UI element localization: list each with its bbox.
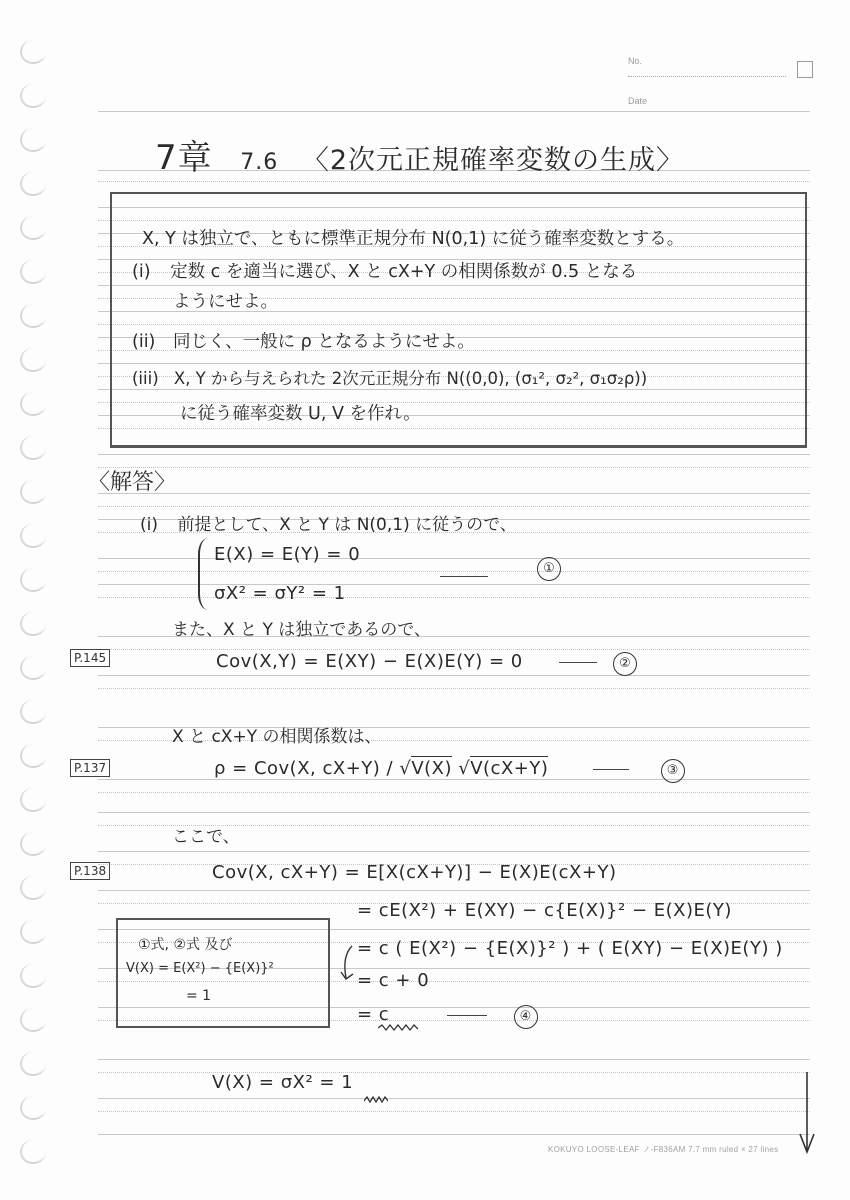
question-3-line-2: に従う確率変数 U, V を作れ。	[180, 400, 421, 425]
punch-hole	[20, 568, 46, 592]
reference-p137: P.137	[70, 759, 110, 777]
question-3-line-1: X, Y から与えられた 2次元正規分布 N((0,0), (σ₁², σ₂²,…	[174, 369, 647, 388]
section-number: 7.6	[240, 150, 278, 175]
question-1-line-2: ようにせよ。	[173, 288, 278, 313]
question-1-label: (i)	[132, 262, 151, 282]
note-line-1: ①式, ②式 及び	[138, 934, 232, 954]
punch-hole	[20, 788, 46, 812]
punch-hole	[20, 744, 46, 768]
binder-holes	[20, 30, 50, 1190]
chapter-number: 7章	[155, 138, 213, 178]
punch-hole	[20, 40, 46, 64]
punch-hole	[20, 920, 46, 944]
punch-hole	[20, 216, 46, 240]
equation-2-dash	[559, 662, 597, 663]
equation-4-dash	[447, 1015, 487, 1016]
premise-text: 前提として、X と Y は N(0,1) に従うので、	[177, 515, 516, 535]
punch-hole	[20, 128, 46, 152]
punch-hole	[20, 1140, 46, 1164]
sqrt-v-x: V(X)	[411, 756, 452, 779]
punch-hole	[20, 84, 46, 108]
question-2-label: (ii)	[132, 332, 155, 352]
no-checkbox	[797, 61, 813, 78]
punch-hole	[20, 1052, 46, 1076]
section-topic: 〈2次元正規確率変数の生成〉	[302, 145, 684, 176]
problem-intro: X, Y は独立で、ともに標準正規分布 N(0,1) に従う確率変数とする。	[142, 225, 684, 250]
punch-hole	[20, 612, 46, 636]
covariance-line-1: Cov(X, cX+Y) = E[X(cX+Y)] − E(X)E(cX+Y)	[212, 862, 616, 883]
note-line-2: V(X) = E(X²) − {E(X)}²	[126, 961, 274, 976]
question-3: (iii) X, Y から与えられた 2次元正規分布 N((0,0), (σ₁²…	[132, 365, 647, 389]
equation-1-line-2: σX² = σY² = 1	[214, 583, 346, 604]
continue-down-arrow-icon	[799, 1072, 815, 1154]
punch-hole	[20, 964, 46, 988]
part-1-label: (i)	[140, 515, 158, 535]
page-title: 7章 7.6 〈2次元正規確率変数の生成〉	[155, 130, 684, 179]
sqrt-v-cx-y: V(cX+Y)	[470, 756, 548, 779]
wavy-underline	[378, 1024, 418, 1032]
equation-3-lhs: ρ = Cov(X, cX+Y) /	[214, 758, 399, 779]
no-field-line	[628, 76, 786, 77]
no-label: No.	[628, 56, 642, 66]
covariance-result: = c	[357, 1004, 389, 1025]
curved-down-arrow-icon	[340, 944, 360, 984]
punch-hole	[20, 348, 46, 372]
question-1: (i) 定数 c を適当に選び、X と cX+Y の相関係数が 0.5 となる	[132, 258, 637, 283]
punch-hole	[20, 172, 46, 196]
answer-part-1-premise: (i) 前提として、X と Y は N(0,1) に従うので、	[140, 510, 517, 535]
punch-hole	[20, 260, 46, 284]
question-2-text: 同じく、一般に ρ となるようにせよ。	[173, 332, 475, 352]
punch-hole	[20, 392, 46, 416]
covariance-line-4: = c + 0	[357, 970, 429, 991]
punch-hole	[20, 304, 46, 328]
punch-hole	[20, 480, 46, 504]
question-3-label: (iii)	[132, 369, 159, 388]
punch-hole	[20, 1096, 46, 1120]
equation-2-marker: ②	[613, 652, 637, 676]
answer-heading: 〈解答〉	[88, 465, 176, 496]
punch-hole	[20, 656, 46, 680]
equation-1-line-1: E(X) = E(Y) = 0	[214, 544, 360, 565]
reference-p138: P.138	[70, 862, 110, 880]
covariance-line-3: = c ( E(X²) − {E(X)}² ) + ( E(XY) − E(X)…	[357, 938, 783, 959]
equation-1-dash	[440, 566, 488, 585]
equation-4-marker: ④	[514, 1005, 538, 1029]
equation-3-dash	[593, 769, 629, 770]
reference-p145: P.145	[70, 649, 110, 667]
note-line-3: = 1	[186, 988, 211, 1004]
punch-hole	[20, 436, 46, 460]
brace-left	[198, 538, 210, 610]
variance-line: V(X) = σX² = 1	[212, 1072, 353, 1093]
equation-3-marker: ③	[661, 759, 685, 783]
punch-hole	[20, 524, 46, 548]
equation-1-marker: ①	[537, 557, 561, 581]
equation-2: Cov(X,Y) = E(XY) − E(X)E(Y) = 0 ②	[216, 651, 637, 676]
punch-hole	[20, 700, 46, 724]
equation-3: ρ = Cov(X, cX+Y) / √V(X) √V(cX+Y) ③	[214, 758, 685, 783]
question-1-line-1: 定数 c を適当に選び、X と cX+Y の相関係数が 0.5 となる	[170, 262, 637, 282]
question-2: (ii) 同じく、一般に ρ となるようにせよ。	[132, 328, 475, 353]
date-label: Date	[628, 96, 647, 106]
paper-brand-footer: KOKUYO LOOSE-LEAF ノ-F836AM 7.7 mm ruled …	[548, 1144, 778, 1155]
independence-statement: また、X と Y は独立であるので、	[172, 615, 431, 640]
punch-hole	[20, 876, 46, 900]
punch-hole	[20, 1008, 46, 1032]
equation-1-marker-wrap: ①	[537, 557, 561, 581]
here-text: ここで、	[172, 822, 240, 847]
equation-2-text: Cov(X,Y) = E(XY) − E(X)E(Y) = 0	[216, 651, 523, 672]
wavy-underline	[364, 1096, 388, 1104]
covariance-line-2: = cE(X²) + E(XY) − c{E(X)}² − E(X)E(Y)	[357, 900, 732, 921]
punch-hole	[20, 832, 46, 856]
correlation-intro: X と cX+Y の相関係数は、	[172, 722, 381, 747]
